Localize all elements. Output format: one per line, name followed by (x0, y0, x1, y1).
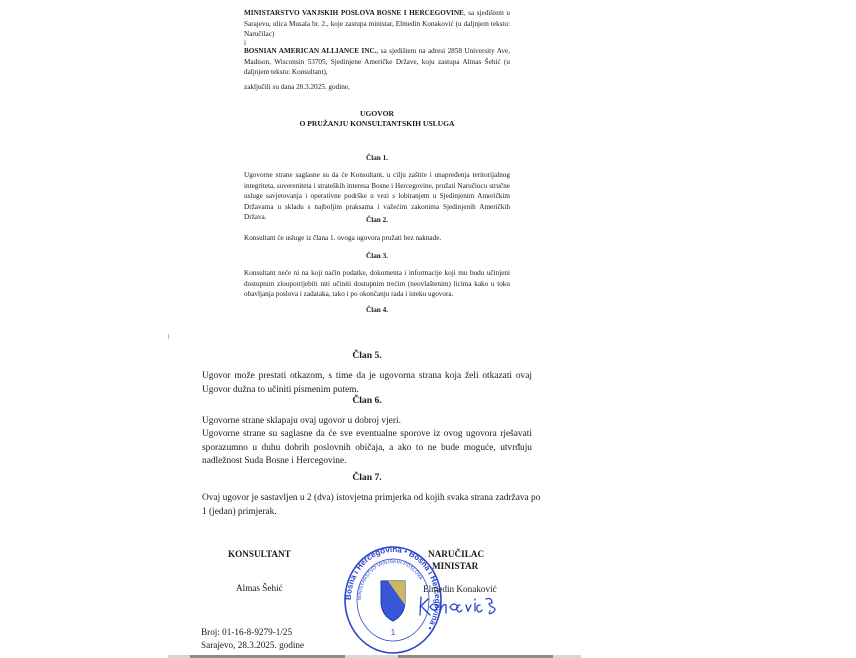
article-7-heading: Član 7. (202, 471, 532, 485)
article-2-heading: Član 2. (244, 215, 510, 226)
party-2-name: BOSNIAN AMERICAN ALLIANCE INC. (244, 47, 377, 55)
article-7-text: Ovaj ugovor je sastavljen u 2 (dva) isto… (202, 492, 542, 519)
article-4-heading: Član 4. (244, 305, 510, 316)
stamp-number: 1 (391, 628, 396, 637)
document-title: UGOVOR (244, 109, 510, 120)
party-1-block: MINISTARSTVO VANJSKIH POSLOVA BOSNE I HE… (244, 8, 510, 40)
consultant-title: KONSULTANT (228, 549, 291, 559)
client-title: NARUČILAC (428, 549, 484, 559)
article-6-text-line1: Ugovorne strane sklapaju ovaj ugovor u d… (202, 415, 532, 429)
place-and-date: Sarajevo, 28.3.2025. godine (201, 640, 304, 650)
article-6-heading: Član 6. (202, 394, 532, 408)
client-subtitle: MINISTAR (432, 561, 478, 571)
document-subtitle: O PRUŽANJU KONSULTANTSKIH USLUGA (244, 119, 510, 130)
consultant-name: Almas Šehić (236, 583, 283, 593)
scan-speck (168, 334, 169, 339)
handwritten-signature (418, 593, 498, 619)
article-3-text: Konsultant neće ni na koji način podatke… (244, 268, 510, 300)
party-1-name: MINISTARSTVO VANJSKIH POSLOVA BOSNE I HE… (244, 9, 464, 17)
party-2-block: BOSNIAN AMERICAN ALLIANCE INC., sa sjedi… (244, 46, 510, 78)
article-3-heading: Član 3. (244, 251, 510, 262)
article-2-text: Konsultant će usluge iz člana 1. ovoga u… (244, 233, 510, 244)
article-1-heading: Član 1. (244, 153, 510, 164)
article-6-text: Ugovorne strane su saglasne da će sve ev… (202, 428, 532, 469)
document-number: Broj: 01-16-8-9279-1/25 (201, 627, 292, 637)
concluded-date: zaključili su dana 28.3.2025. godine, (244, 82, 350, 93)
article-5-heading: Član 5. (202, 349, 532, 363)
